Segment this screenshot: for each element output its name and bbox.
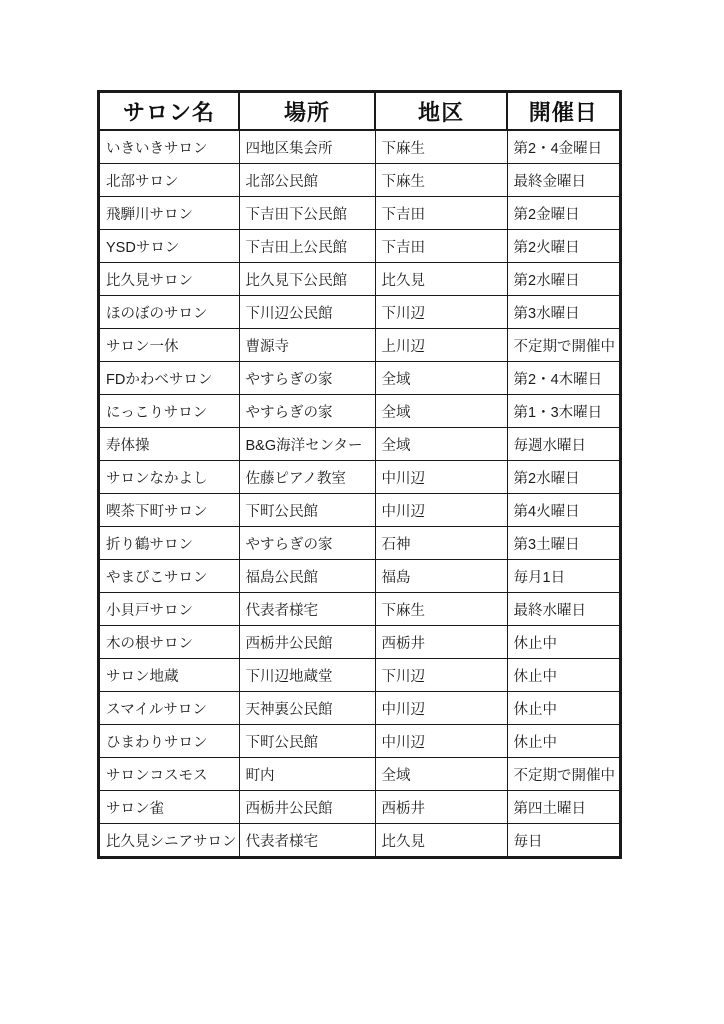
column-header-schedule: 開催日 — [507, 92, 620, 131]
table-row: サロン地蔵 下川辺地蔵堂 下川辺 休止中 — [99, 659, 621, 692]
cell-schedule: 第2水曜日 — [507, 461, 620, 494]
cell-location: 下川辺公民館 — [239, 296, 375, 329]
table-row: いきいきサロン 四地区集会所 下麻生 第2・4金曜日 — [99, 130, 621, 164]
cell-district: 全域 — [375, 758, 507, 791]
cell-schedule: 第2・4木曜日 — [507, 362, 620, 395]
cell-salon-name: 木の根サロン — [99, 626, 240, 659]
cell-location: 四地区集会所 — [239, 130, 375, 164]
cell-district: 下麻生 — [375, 593, 507, 626]
cell-salon-name: 飛騨川サロン — [99, 197, 240, 230]
cell-district: 全域 — [375, 428, 507, 461]
cell-schedule: 不定期で開催中 — [507, 329, 620, 362]
cell-location: 天神裏公民館 — [239, 692, 375, 725]
cell-schedule: 毎日 — [507, 824, 620, 858]
cell-district: 比久見 — [375, 824, 507, 858]
cell-district: 福島 — [375, 560, 507, 593]
table-row: 比久見サロン 比久見下公民館 比久見 第2水曜日 — [99, 263, 621, 296]
cell-salon-name: サロン地蔵 — [99, 659, 240, 692]
cell-salon-name: スマイルサロン — [99, 692, 240, 725]
cell-district: 下麻生 — [375, 130, 507, 164]
table-row: YSDサロン 下吉田上公民館 下吉田 第2火曜日 — [99, 230, 621, 263]
table-row: やまびこサロン 福島公民館 福島 毎月1日 — [99, 560, 621, 593]
cell-location: 下町公民館 — [239, 494, 375, 527]
table-row: サロンコスモス 町内 全域 不定期で開催中 — [99, 758, 621, 791]
cell-schedule: 第2火曜日 — [507, 230, 620, 263]
cell-location: 福島公民館 — [239, 560, 375, 593]
cell-salon-name: サロンなかよし — [99, 461, 240, 494]
cell-schedule: 第3水曜日 — [507, 296, 620, 329]
cell-district: 下吉田 — [375, 197, 507, 230]
cell-schedule: 第4火曜日 — [507, 494, 620, 527]
cell-schedule: 第2水曜日 — [507, 263, 620, 296]
cell-location: やすらぎの家 — [239, 395, 375, 428]
cell-location: やすらぎの家 — [239, 527, 375, 560]
column-header-district: 地区 — [375, 92, 507, 131]
cell-schedule: 第2金曜日 — [507, 197, 620, 230]
cell-salon-name: 喫茶下町サロン — [99, 494, 240, 527]
cell-salon-name: 折り鶴サロン — [99, 527, 240, 560]
header-row: サロン名 場所 地区 開催日 — [99, 92, 621, 131]
table-row: 小貝戸サロン 代表者様宅 下麻生 最終水曜日 — [99, 593, 621, 626]
cell-district: 下麻生 — [375, 164, 507, 197]
cell-district: 下吉田 — [375, 230, 507, 263]
cell-location: 佐藤ピアノ教室 — [239, 461, 375, 494]
table-row: ひまわりサロン 下町公民館 中川辺 休止中 — [99, 725, 621, 758]
cell-district: 全域 — [375, 362, 507, 395]
cell-salon-name: ひまわりサロン — [99, 725, 240, 758]
cell-district: 下川辺 — [375, 659, 507, 692]
cell-salon-name: 小貝戸サロン — [99, 593, 240, 626]
cell-salon-name: 寿体操 — [99, 428, 240, 461]
cell-district: 西栃井 — [375, 626, 507, 659]
cell-location: 下吉田上公民館 — [239, 230, 375, 263]
table-row: サロン雀 西栃井公民館 西栃井 第四土曜日 — [99, 791, 621, 824]
table-row: 喫茶下町サロン 下町公民館 中川辺 第4火曜日 — [99, 494, 621, 527]
cell-location: 曹源寺 — [239, 329, 375, 362]
cell-schedule: 第2・4金曜日 — [507, 130, 620, 164]
cell-district: 下川辺 — [375, 296, 507, 329]
table-row: FDかわべサロン やすらぎの家 全域 第2・4木曜日 — [99, 362, 621, 395]
cell-schedule: 休止中 — [507, 725, 620, 758]
table-row: 飛騨川サロン 下吉田下公民館 下吉田 第2金曜日 — [99, 197, 621, 230]
cell-salon-name: サロン一休 — [99, 329, 240, 362]
cell-schedule: 毎週水曜日 — [507, 428, 620, 461]
table-row: にっこりサロン やすらぎの家 全域 第1・3木曜日 — [99, 395, 621, 428]
cell-location: B&G海洋センター — [239, 428, 375, 461]
cell-salon-name: 比久見シニアサロン — [99, 824, 240, 858]
cell-district: 中川辺 — [375, 692, 507, 725]
cell-location: 西栃井公民館 — [239, 626, 375, 659]
cell-salon-name: ほのぼのサロン — [99, 296, 240, 329]
cell-salon-name: いきいきサロン — [99, 130, 240, 164]
cell-location: 町内 — [239, 758, 375, 791]
cell-schedule: 休止中 — [507, 692, 620, 725]
cell-salon-name: YSDサロン — [99, 230, 240, 263]
table-row: ほのぼのサロン 下川辺公民館 下川辺 第3水曜日 — [99, 296, 621, 329]
salon-table-body: いきいきサロン 四地区集会所 下麻生 第2・4金曜日 北部サロン 北部公民館 下… — [99, 130, 621, 858]
cell-location: 下吉田下公民館 — [239, 197, 375, 230]
cell-district: 比久見 — [375, 263, 507, 296]
cell-location: やすらぎの家 — [239, 362, 375, 395]
cell-schedule: 休止中 — [507, 659, 620, 692]
column-header-salon-name: サロン名 — [99, 92, 240, 131]
cell-salon-name: にっこりサロン — [99, 395, 240, 428]
table-row: スマイルサロン 天神裏公民館 中川辺 休止中 — [99, 692, 621, 725]
cell-schedule: 第3土曜日 — [507, 527, 620, 560]
salon-table: サロン名 場所 地区 開催日 いきいきサロン 四地区集会所 下麻生 第2・4金曜… — [97, 90, 622, 859]
cell-location: 比久見下公民館 — [239, 263, 375, 296]
cell-schedule: 不定期で開催中 — [507, 758, 620, 791]
cell-location: 代表者様宅 — [239, 824, 375, 858]
cell-salon-name: FDかわべサロン — [99, 362, 240, 395]
cell-district: 西栃井 — [375, 791, 507, 824]
column-header-location: 場所 — [239, 92, 375, 131]
cell-salon-name: 比久見サロン — [99, 263, 240, 296]
cell-salon-name: サロンコスモス — [99, 758, 240, 791]
cell-schedule: 最終金曜日 — [507, 164, 620, 197]
cell-schedule: 毎月1日 — [507, 560, 620, 593]
cell-schedule: 最終水曜日 — [507, 593, 620, 626]
table-row: 北部サロン 北部公民館 下麻生 最終金曜日 — [99, 164, 621, 197]
cell-schedule: 第四土曜日 — [507, 791, 620, 824]
document-page: サロン名 場所 地区 開催日 いきいきサロン 四地区集会所 下麻生 第2・4金曜… — [0, 0, 724, 1024]
cell-schedule: 休止中 — [507, 626, 620, 659]
table-row: 寿体操 B&G海洋センター 全域 毎週水曜日 — [99, 428, 621, 461]
table-row: サロンなかよし 佐藤ピアノ教室 中川辺 第2水曜日 — [99, 461, 621, 494]
cell-schedule: 第1・3木曜日 — [507, 395, 620, 428]
cell-salon-name: やまびこサロン — [99, 560, 240, 593]
cell-location: 下川辺地蔵堂 — [239, 659, 375, 692]
cell-district: 中川辺 — [375, 461, 507, 494]
cell-location: 北部公民館 — [239, 164, 375, 197]
cell-location: 代表者様宅 — [239, 593, 375, 626]
table-row: 木の根サロン 西栃井公民館 西栃井 休止中 — [99, 626, 621, 659]
cell-salon-name: サロン雀 — [99, 791, 240, 824]
cell-district: 中川辺 — [375, 725, 507, 758]
table-row: サロン一休 曹源寺 上川辺 不定期で開催中 — [99, 329, 621, 362]
cell-salon-name: 北部サロン — [99, 164, 240, 197]
table-row: 比久見シニアサロン 代表者様宅 比久見 毎日 — [99, 824, 621, 858]
cell-district: 中川辺 — [375, 494, 507, 527]
cell-location: 西栃井公民館 — [239, 791, 375, 824]
cell-district: 石神 — [375, 527, 507, 560]
cell-district: 上川辺 — [375, 329, 507, 362]
cell-district: 全域 — [375, 395, 507, 428]
cell-location: 下町公民館 — [239, 725, 375, 758]
table-row: 折り鶴サロン やすらぎの家 石神 第3土曜日 — [99, 527, 621, 560]
